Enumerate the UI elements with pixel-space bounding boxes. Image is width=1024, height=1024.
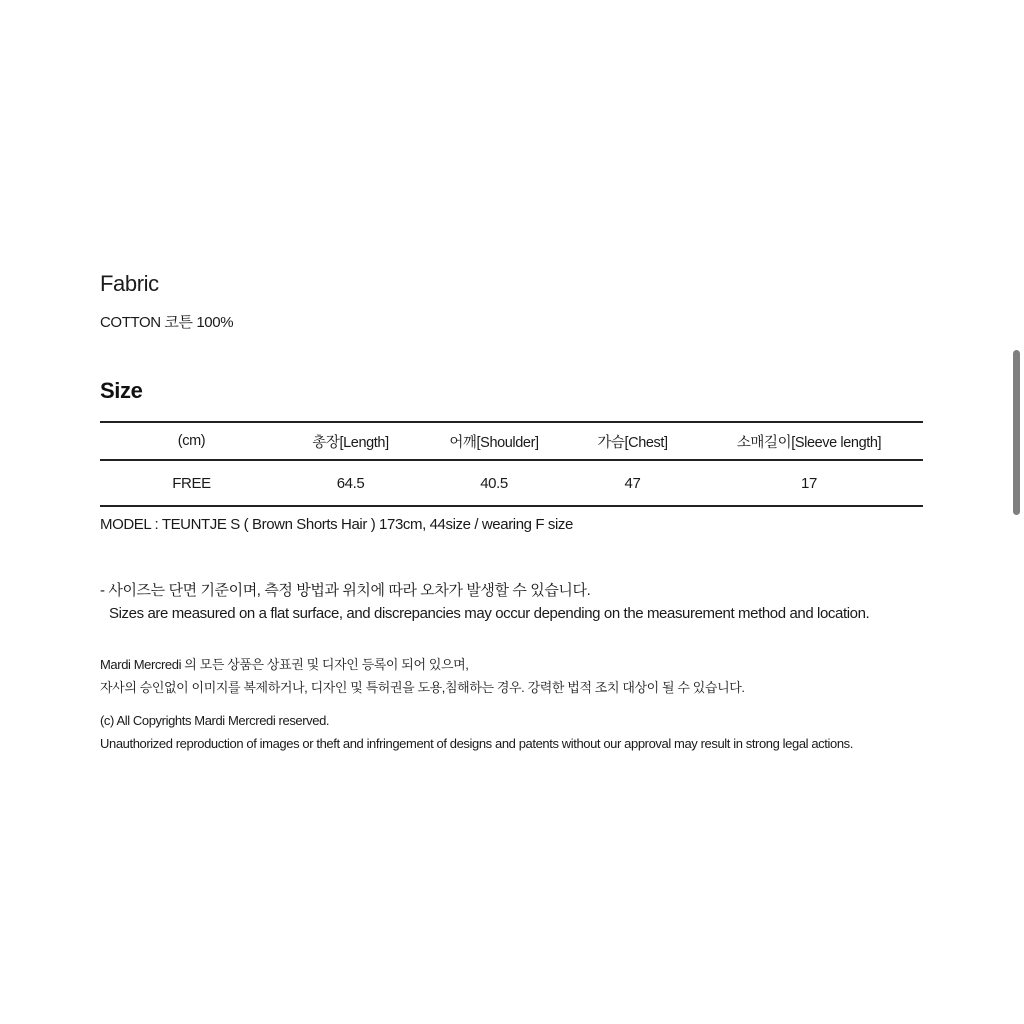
product-detail-content: Fabric COTTON 코튼 100% Size (cm) 총장[Lengt… bbox=[100, 266, 923, 755]
model-info: MODEL : TEUNTJE S ( Brown Shorts Hair ) … bbox=[100, 515, 923, 535]
trademark-notice: Mardi Mercredi 의 모든 상품은 상표권 및 디자인 등록이 되어… bbox=[100, 653, 923, 699]
scrollbar-thumb[interactable] bbox=[1013, 350, 1020, 515]
size-table-header-row: (cm) 총장[Length] 어깨[Shoulder] 가슴[Chest] 소… bbox=[100, 422, 923, 460]
size-table: (cm) 총장[Length] 어깨[Shoulder] 가슴[Chest] 소… bbox=[100, 421, 923, 507]
cell-sleeve-length: 17 bbox=[695, 460, 923, 506]
header-shoulder: 어깨[Shoulder] bbox=[418, 422, 570, 460]
size-title: Size bbox=[100, 373, 923, 409]
cell-shoulder: 40.5 bbox=[418, 460, 570, 506]
vertical-scrollbar[interactable] bbox=[1004, 0, 1024, 1024]
header-length: 총장[Length] bbox=[283, 422, 418, 460]
copyright-line-2: Unauthorized reproduction of images or t… bbox=[100, 732, 923, 755]
fabric-title: Fabric bbox=[100, 266, 923, 302]
fabric-composition: COTTON 코튼 100% bbox=[100, 313, 923, 333]
cell-chest: 47 bbox=[570, 460, 695, 506]
size-notice-english: Sizes are measured on a flat surface, an… bbox=[100, 602, 923, 625]
size-section: Size (cm) 총장[Length] 어깨[Shoulder] 가슴[Che… bbox=[100, 373, 923, 625]
header-unit: (cm) bbox=[100, 422, 283, 460]
copyright-line-1: (c) All Copyrights Mardi Mercredi reserv… bbox=[100, 709, 923, 732]
table-row: FREE 64.5 40.5 47 17 bbox=[100, 460, 923, 506]
cell-length: 64.5 bbox=[283, 460, 418, 506]
size-measurement-notice: - 사이즈는 단면 기준이며, 측정 방법과 위치에 따라 오차가 발생할 수 … bbox=[100, 579, 923, 625]
size-notice-korean: - 사이즈는 단면 기준이며, 측정 방법과 위치에 따라 오차가 발생할 수 … bbox=[100, 579, 923, 602]
trademark-notice-line-2: 자사의 승인없이 이미지를 복제하거나, 디자인 및 특허권을 도용,침해하는 … bbox=[100, 676, 923, 699]
fabric-section: Fabric COTTON 코튼 100% bbox=[100, 266, 923, 333]
cell-size: FREE bbox=[100, 460, 283, 506]
header-sleeve-length: 소매길이[Sleeve length] bbox=[695, 422, 923, 460]
trademark-notice-line-1: Mardi Mercredi 의 모든 상품은 상표권 및 디자인 등록이 되어… bbox=[100, 653, 923, 676]
header-chest: 가슴[Chest] bbox=[570, 422, 695, 460]
copyright-notice: (c) All Copyrights Mardi Mercredi reserv… bbox=[100, 709, 923, 755]
